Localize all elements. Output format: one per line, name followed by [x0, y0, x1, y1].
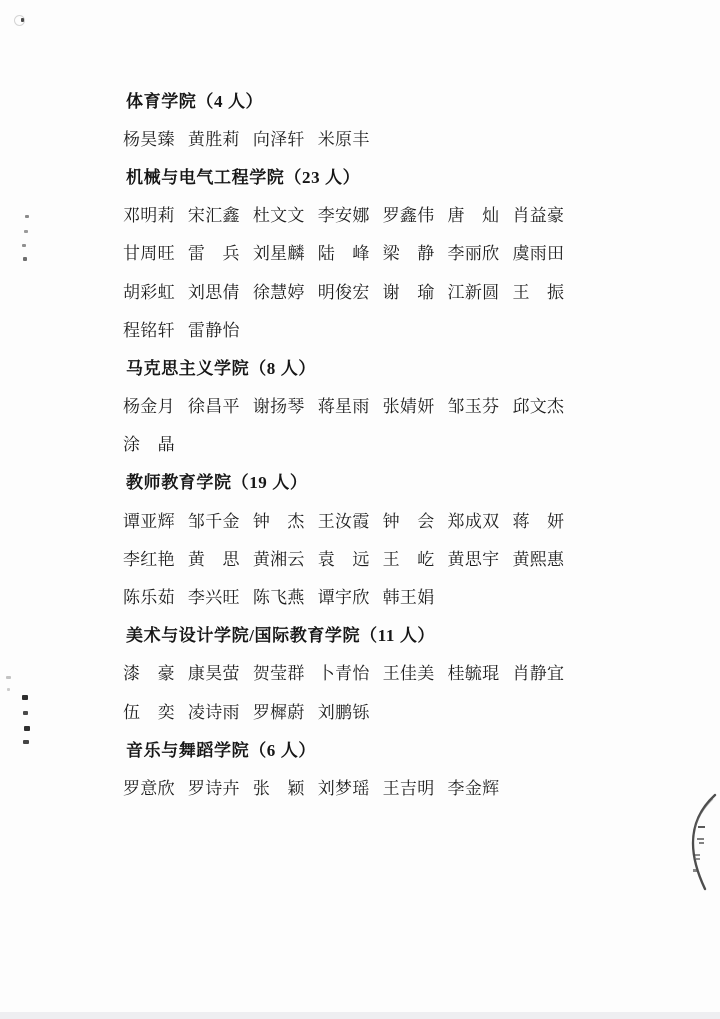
person-name: 涂 晶	[123, 430, 175, 455]
margin-speck	[22, 244, 26, 247]
name-row: 邓明莉宋汇鑫杜文文李安娜罗鑫伟唐 灿肖益豪	[123, 195, 603, 233]
section-heading: 音乐与舞蹈学院（6 人）	[123, 729, 603, 767]
name-row: 陈乐茹李兴旺陈飞燕谭宇欣韩王娟	[123, 576, 603, 614]
section-heading: 机械与电气工程学院（23 人）	[123, 156, 603, 194]
person-name: 谭亚辉	[123, 507, 175, 532]
person-name: 雷静怡	[188, 316, 240, 341]
margin-speck	[23, 740, 29, 744]
name-row: 涂 晶	[123, 424, 603, 462]
person-name: 黄 思	[188, 545, 240, 570]
person-name: 梁 静	[383, 239, 435, 264]
person-name: 甘周旺	[123, 239, 175, 264]
person-name: 唐 灿	[448, 201, 500, 226]
person-name: 向泽轩	[253, 125, 305, 150]
person-name: 王 屹	[383, 545, 435, 570]
person-name: 雷 兵	[188, 239, 240, 264]
person-name: 郑成双	[448, 507, 500, 532]
name-row: 谭亚辉邹千金钟 杰王汝霞钟 会郑成双蒋 妍	[123, 500, 603, 538]
margin-speck	[22, 695, 28, 700]
person-name: 杨金月	[123, 392, 175, 417]
person-name: 米原丰	[318, 125, 370, 150]
person-name: 伍 奕	[123, 698, 175, 723]
person-name: 刘梦瑶	[318, 774, 370, 799]
person-name: 刘鹏铄	[318, 698, 370, 723]
margin-speck	[23, 711, 28, 715]
person-name: 江新圆	[448, 278, 500, 303]
person-name: 卜青怡	[318, 659, 370, 684]
person-name: 王汝霞	[318, 507, 370, 532]
margin-speck	[24, 726, 30, 731]
person-name: 凌诗雨	[188, 698, 240, 723]
name-row: 漆 豪康昊萤贺莹群卜青怡王佳美桂毓琨肖静宜	[123, 653, 603, 691]
name-row: 杨金月徐昌平谢扬琴蒋星雨张婧妍邹玉芬邱文杰	[123, 386, 603, 424]
person-name: 邹千金	[188, 507, 240, 532]
person-name: 肖益豪	[512, 201, 564, 226]
person-name: 贺莹群	[253, 659, 305, 684]
person-name: 钟 会	[383, 507, 435, 532]
name-row: 李红艳黄 思黄湘云袁 远王 屹黄思宇黄熙惠	[123, 538, 603, 576]
person-name: 李金辉	[448, 774, 500, 799]
name-row: 罗意欣罗诗卉张 颖刘梦瑶王吉明李金辉	[123, 767, 603, 805]
person-name: 王佳美	[383, 659, 435, 684]
person-name: 王吉明	[383, 774, 435, 799]
person-name: 邹玉芬	[448, 392, 500, 417]
margin-speck	[7, 688, 10, 691]
person-name: 谢扬琴	[253, 392, 305, 417]
person-name: 黄胜莉	[188, 125, 240, 150]
scan-corner-dot-artifact	[21, 18, 24, 22]
section-heading: 马克思主义学院（8 人）	[123, 347, 603, 385]
person-name: 蒋 妍	[512, 507, 564, 532]
person-name: 肖静宜	[512, 659, 564, 684]
person-name: 李兴旺	[188, 583, 240, 608]
person-name: 宋汇鑫	[188, 201, 240, 226]
person-name: 李红艳	[123, 545, 175, 570]
person-name: 谢 瑜	[383, 278, 435, 303]
margin-speck	[25, 215, 29, 218]
scanned-document-page: 体育学院（4 人）杨昊臻黄胜莉向泽轩米原丰机械与电气工程学院（23 人）邓明莉宋…	[0, 0, 720, 1019]
section-heading: 教师教育学院（19 人）	[123, 462, 603, 500]
name-row: 程铭轩雷静怡	[123, 309, 603, 347]
person-name: 徐慧婷	[253, 278, 305, 303]
person-name: 张婧妍	[383, 392, 435, 417]
person-name: 罗樨蔚	[253, 698, 305, 723]
award-name-list: 体育学院（4 人）杨昊臻黄胜莉向泽轩米原丰机械与电气工程学院（23 人）邓明莉宋…	[123, 80, 603, 806]
person-name: 胡彩虹	[123, 278, 175, 303]
person-name: 罗诗卉	[188, 774, 240, 799]
margin-speck	[6, 676, 11, 679]
person-name: 蒋星雨	[318, 392, 370, 417]
person-name: 黄思宇	[448, 545, 500, 570]
person-name: 杨昊臻	[123, 125, 175, 150]
person-name: 罗意欣	[123, 774, 175, 799]
person-name: 黄湘云	[253, 545, 305, 570]
person-name: 陈飞燕	[253, 583, 305, 608]
person-name: 王 振	[512, 278, 564, 303]
person-name: 明俊宏	[318, 278, 370, 303]
page-curl-artifact	[679, 789, 719, 895]
person-name: 李丽欣	[448, 239, 500, 264]
person-name: 钟 杰	[253, 507, 305, 532]
person-name: 徐昌平	[188, 392, 240, 417]
name-row: 杨昊臻黄胜莉向泽轩米原丰	[123, 118, 603, 156]
section-heading: 美术与设计学院/国际教育学院（11 人）	[123, 615, 603, 653]
person-name: 罗鑫伟	[383, 201, 435, 226]
margin-speck	[24, 230, 28, 233]
person-name: 漆 豪	[123, 659, 175, 684]
person-name: 桂毓琨	[448, 659, 500, 684]
person-name: 杜文文	[253, 201, 305, 226]
scan-bottom-band	[0, 1012, 720, 1019]
person-name: 陈乐茹	[123, 583, 175, 608]
person-name: 程铭轩	[123, 316, 175, 341]
person-name: 邱文杰	[512, 392, 564, 417]
person-name: 陆 峰	[318, 239, 370, 264]
person-name: 谭宇欣	[318, 583, 370, 608]
name-row: 伍 奕凌诗雨罗樨蔚刘鹏铄	[123, 691, 603, 729]
person-name: 邓明莉	[123, 201, 175, 226]
margin-speck	[23, 257, 27, 261]
name-row: 甘周旺雷 兵刘星麟陆 峰梁 静李丽欣虞雨田	[123, 233, 603, 271]
person-name: 韩王娟	[383, 583, 435, 608]
name-row: 胡彩虹刘思倩徐慧婷明俊宏谢 瑜江新圆王 振	[123, 271, 603, 309]
section-heading: 体育学院（4 人）	[123, 80, 603, 118]
person-name: 张 颖	[253, 774, 305, 799]
person-name: 刘星麟	[253, 239, 305, 264]
person-name: 袁 远	[318, 545, 370, 570]
person-name: 虞雨田	[512, 239, 564, 264]
person-name: 刘思倩	[188, 278, 240, 303]
person-name: 李安娜	[318, 201, 370, 226]
person-name: 康昊萤	[188, 659, 240, 684]
person-name: 黄熙惠	[512, 545, 564, 570]
